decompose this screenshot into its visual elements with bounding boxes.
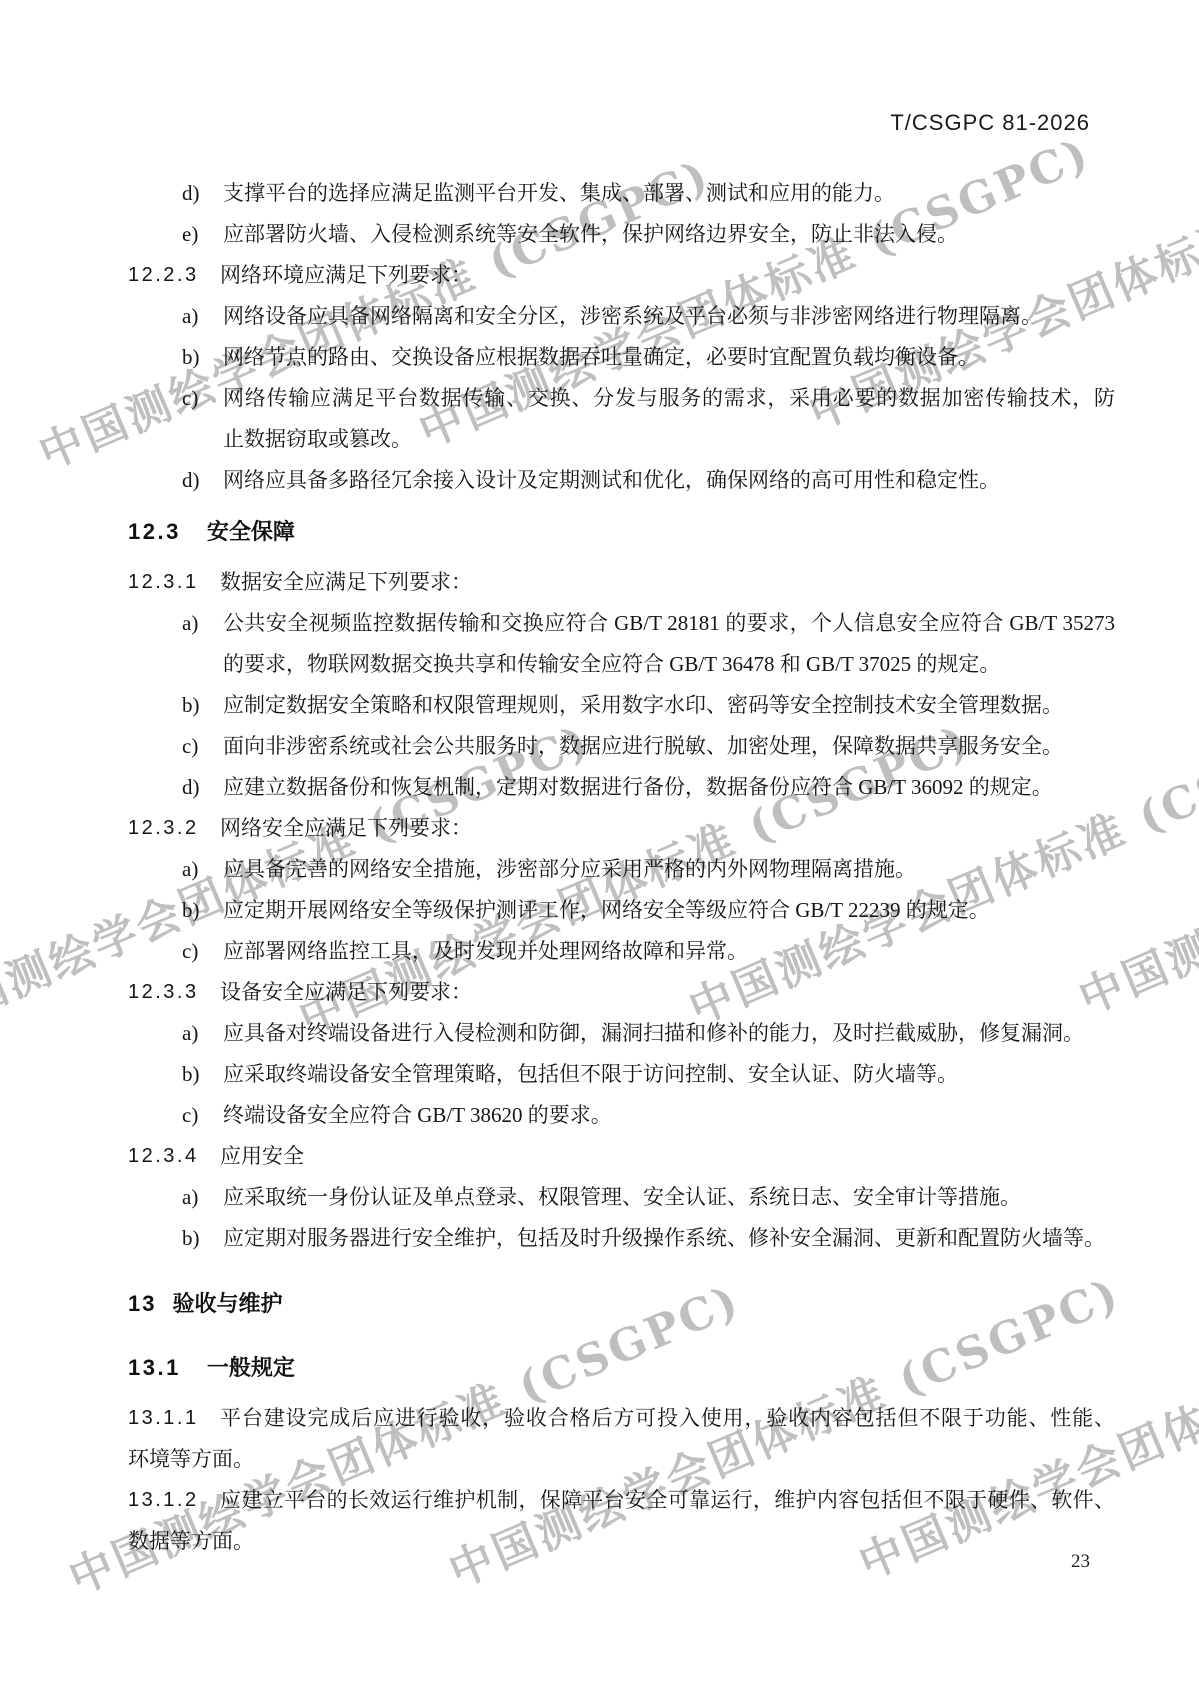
heading-title: 验收与维护 <box>172 1291 282 1316</box>
heading-number: 12.3 <box>128 519 181 544</box>
list-item: b)应制定数据安全策略和权限管理规则，采用数字水印、密码等安全控制技术安全管理数… <box>128 685 1115 726</box>
list-marker: d) <box>182 460 200 501</box>
list-item: e)应部署防火墙、入侵检测系统等安全软件，保护网络边界安全，防止非法入侵。 <box>128 214 1115 255</box>
text-line: 应采取统一身份认证及单点登录、权限管理、安全认证、系统日志、安全审计等措施。 <box>223 1177 1115 1218</box>
clause-number: 13.1.2 <box>128 1480 199 1521</box>
list-item: d)网络应具备多路径冗余接入设计及定期测试和优化，确保网络的高可用性和稳定性。 <box>128 460 1115 501</box>
text-line: 设备安全应满足下列要求： <box>220 972 1115 1013</box>
list-item: a)应采取统一身份认证及单点登录、权限管理、安全认证、系统日志、安全审计等措施。 <box>128 1177 1115 1218</box>
list-marker: c) <box>182 931 198 972</box>
clause-12.3.1: 12.3.1数据安全应满足下列要求： <box>128 562 1115 603</box>
clause-12.3.4: 12.3.4应用安全 <box>128 1136 1115 1177</box>
text-line: 应建立平台的长效运行维护机制，保障平台安全可靠运行，维护内容包括但不限于硬件、软… <box>220 1480 1115 1521</box>
list-marker: b) <box>182 890 200 931</box>
text-line: 平台建设完成后应进行验收，验收合格后方可投入使用，验收内容包括但不限于功能、性能… <box>220 1398 1115 1439</box>
text-line: 应制定数据安全策略和权限管理规则，采用数字水印、密码等安全控制技术安全管理数据。 <box>223 685 1115 726</box>
section-heading-13: 13验收与维护 <box>128 1283 1115 1324</box>
heading-number: 13 <box>128 1291 156 1316</box>
list-item: c)面向非涉密系统或社会公共服务时，数据应进行脱敏、加密处理，保障数据共享服务安… <box>128 726 1115 767</box>
list-marker: a) <box>182 1177 198 1218</box>
clause-number: 12.3.4 <box>128 1136 199 1177</box>
clause-number: 12.3.2 <box>128 808 199 849</box>
list-marker: c) <box>182 1095 198 1136</box>
text-line: 网络节点的路由、交换设备应根据数据吞吐量确定，必要时宜配置负载均衡设备。 <box>223 337 1115 378</box>
text-line: 终端设备安全应符合 GB/T 38620 的要求。 <box>223 1095 1115 1136</box>
text-line: 网络环境应满足下列要求： <box>220 255 1115 296</box>
text-line: 网络安全应满足下列要求： <box>220 808 1115 849</box>
list-marker: b) <box>182 337 200 378</box>
section-heading-13.1: 13.1一般规定 <box>128 1347 1115 1388</box>
list-item: b)应采取终端设备安全管理策略，包括但不限于访问控制、安全认证、防火墙等。 <box>128 1054 1115 1095</box>
text-line: 应具备对终端设备进行入侵检测和防御，漏洞扫描和修补的能力，及时拦截威胁，修复漏洞… <box>223 1013 1115 1054</box>
heading-title: 安全保障 <box>207 519 295 544</box>
list-marker: a) <box>182 603 198 644</box>
text-line: 应定期对服务器进行安全维护，包括及时升级操作系统、修补安全漏洞、更新和配置防火墙… <box>223 1218 1115 1259</box>
text-line: 应部署网络监控工具，及时发现并处理网络故障和异常。 <box>223 931 1115 972</box>
list-item: d)应建立数据备份和恢复机制，定期对数据进行备份，数据备份应符合 GB/T 36… <box>128 767 1115 808</box>
list-item: d)支撑平台的选择应满足监测平台开发、集成、部署、测试和应用的能力。 <box>128 173 1115 214</box>
list-item: c)终端设备安全应符合 GB/T 38620 的要求。 <box>128 1095 1115 1136</box>
heading-number: 13.1 <box>128 1355 181 1380</box>
text-line: 应部署防火墙、入侵检测系统等安全软件，保护网络边界安全，防止非法入侵。 <box>223 214 1115 255</box>
list-marker: b) <box>182 685 200 726</box>
clause-number: 12.3.3 <box>128 972 199 1013</box>
list-marker: a) <box>182 296 198 337</box>
list-item: b)应定期开展网络安全等级保护测评工作，网络安全等级应符合 GB/T 22239… <box>128 890 1115 931</box>
clause-number: 12.2.3 <box>128 255 199 296</box>
heading-title: 一般规定 <box>207 1355 295 1380</box>
list-item: a)应具备完善的网络安全措施，涉密部分应采用严格的内外网物理隔离措施。 <box>128 849 1115 890</box>
list-item: c)应部署网络监控工具，及时发现并处理网络故障和异常。 <box>128 931 1115 972</box>
list-marker: e) <box>182 214 198 255</box>
text-line: 止数据窃取或篡改。 <box>223 419 1115 460</box>
text-line: 应用安全 <box>220 1136 1115 1177</box>
clause-number: 12.3.1 <box>128 562 199 603</box>
text-line: 应采取终端设备安全管理策略，包括但不限于访问控制、安全认证、防火墙等。 <box>223 1054 1115 1095</box>
list-item: a)应具备对终端设备进行入侵检测和防御，漏洞扫描和修补的能力，及时拦截威胁，修复… <box>128 1013 1115 1054</box>
list-item: a)网络设备应具备网络隔离和安全分区，涉密系统及平台必须与非涉密网络进行物理隔离… <box>128 296 1115 337</box>
clause-12.3.3: 12.3.3设备安全应满足下列要求： <box>128 972 1115 1013</box>
text-line: 应建立数据备份和恢复机制，定期对数据进行备份，数据备份应符合 GB/T 3609… <box>223 767 1115 808</box>
list-item: b)应定期对服务器进行安全维护，包括及时升级操作系统、修补安全漏洞、更新和配置防… <box>128 1218 1115 1259</box>
doc-code: T/CSGPC 81-2026 <box>0 110 1090 136</box>
list-marker: d) <box>182 173 200 214</box>
list-item: b)网络节点的路由、交换设备应根据数据吞吐量确定，必要时宜配置负载均衡设备。 <box>128 337 1115 378</box>
list-marker: c) <box>182 726 198 767</box>
clause-13.1.1: 13.1.1平台建设完成后应进行验收，验收合格后方可投入使用，验收内容包括但不限… <box>128 1398 1115 1480</box>
list-item: c)网络传输应满足平台数据传输、交换、分发与服务的需求，采用必要的数据加密传输技… <box>128 378 1115 460</box>
text-line: 网络设备应具备网络隔离和安全分区，涉密系统及平台必须与非涉密网络进行物理隔离。 <box>223 296 1115 337</box>
list-marker: b) <box>182 1054 200 1095</box>
text-line: 网络传输应满足平台数据传输、交换、分发与服务的需求，采用必要的数据加密传输技术，… <box>223 378 1115 419</box>
document-page: 中国测绘学会团体标准 (CSGPC) 中国测绘学会团体标准 (CSGPC) 中国… <box>0 0 1199 1696</box>
text-line: 面向非涉密系统或社会公共服务时，数据应进行脱敏、加密处理，保障数据共享服务安全。 <box>223 726 1115 767</box>
text-line: 公共安全视频监控数据传输和交换应符合 GB/T 28181 的要求，个人信息安全… <box>223 603 1115 644</box>
text-line: 应具备完善的网络安全措施，涉密部分应采用严格的内外网物理隔离措施。 <box>223 849 1115 890</box>
text-line: 数据安全应满足下列要求： <box>220 562 1115 603</box>
list-marker: d) <box>182 767 200 808</box>
document-body: d)支撑平台的选择应满足监测平台开发、集成、部署、测试和应用的能力。e)应部署防… <box>128 173 1115 1562</box>
clause-13.1.2: 13.1.2应建立平台的长效运行维护机制，保障平台安全可靠运行，维护内容包括但不… <box>128 1480 1115 1562</box>
text-line: 网络应具备多路径冗余接入设计及定期测试和优化，确保网络的高可用性和稳定性。 <box>223 460 1115 501</box>
list-marker: c) <box>182 378 198 419</box>
section-heading-12.3: 12.3安全保障 <box>128 511 1115 552</box>
text-line: 支撑平台的选择应满足监测平台开发、集成、部署、测试和应用的能力。 <box>223 173 1115 214</box>
page-number: 23 <box>0 1551 1090 1573</box>
text-line: 的要求，物联网数据交换共享和传输安全应符合 GB/T 36478 和 GB/T … <box>223 644 1115 685</box>
list-marker: b) <box>182 1218 200 1259</box>
clause-12.3.2: 12.3.2网络安全应满足下列要求： <box>128 808 1115 849</box>
text-line: 环境等方面。 <box>128 1439 1115 1480</box>
list-marker: a) <box>182 1013 198 1054</box>
list-marker: a) <box>182 849 198 890</box>
text-line: 应定期开展网络安全等级保护测评工作，网络安全等级应符合 GB/T 22239 的… <box>223 890 1115 931</box>
list-item: a)公共安全视频监控数据传输和交换应符合 GB/T 28181 的要求，个人信息… <box>128 603 1115 685</box>
clause-number: 13.1.1 <box>128 1398 199 1439</box>
clause-12.2.3: 12.2.3网络环境应满足下列要求： <box>128 255 1115 296</box>
